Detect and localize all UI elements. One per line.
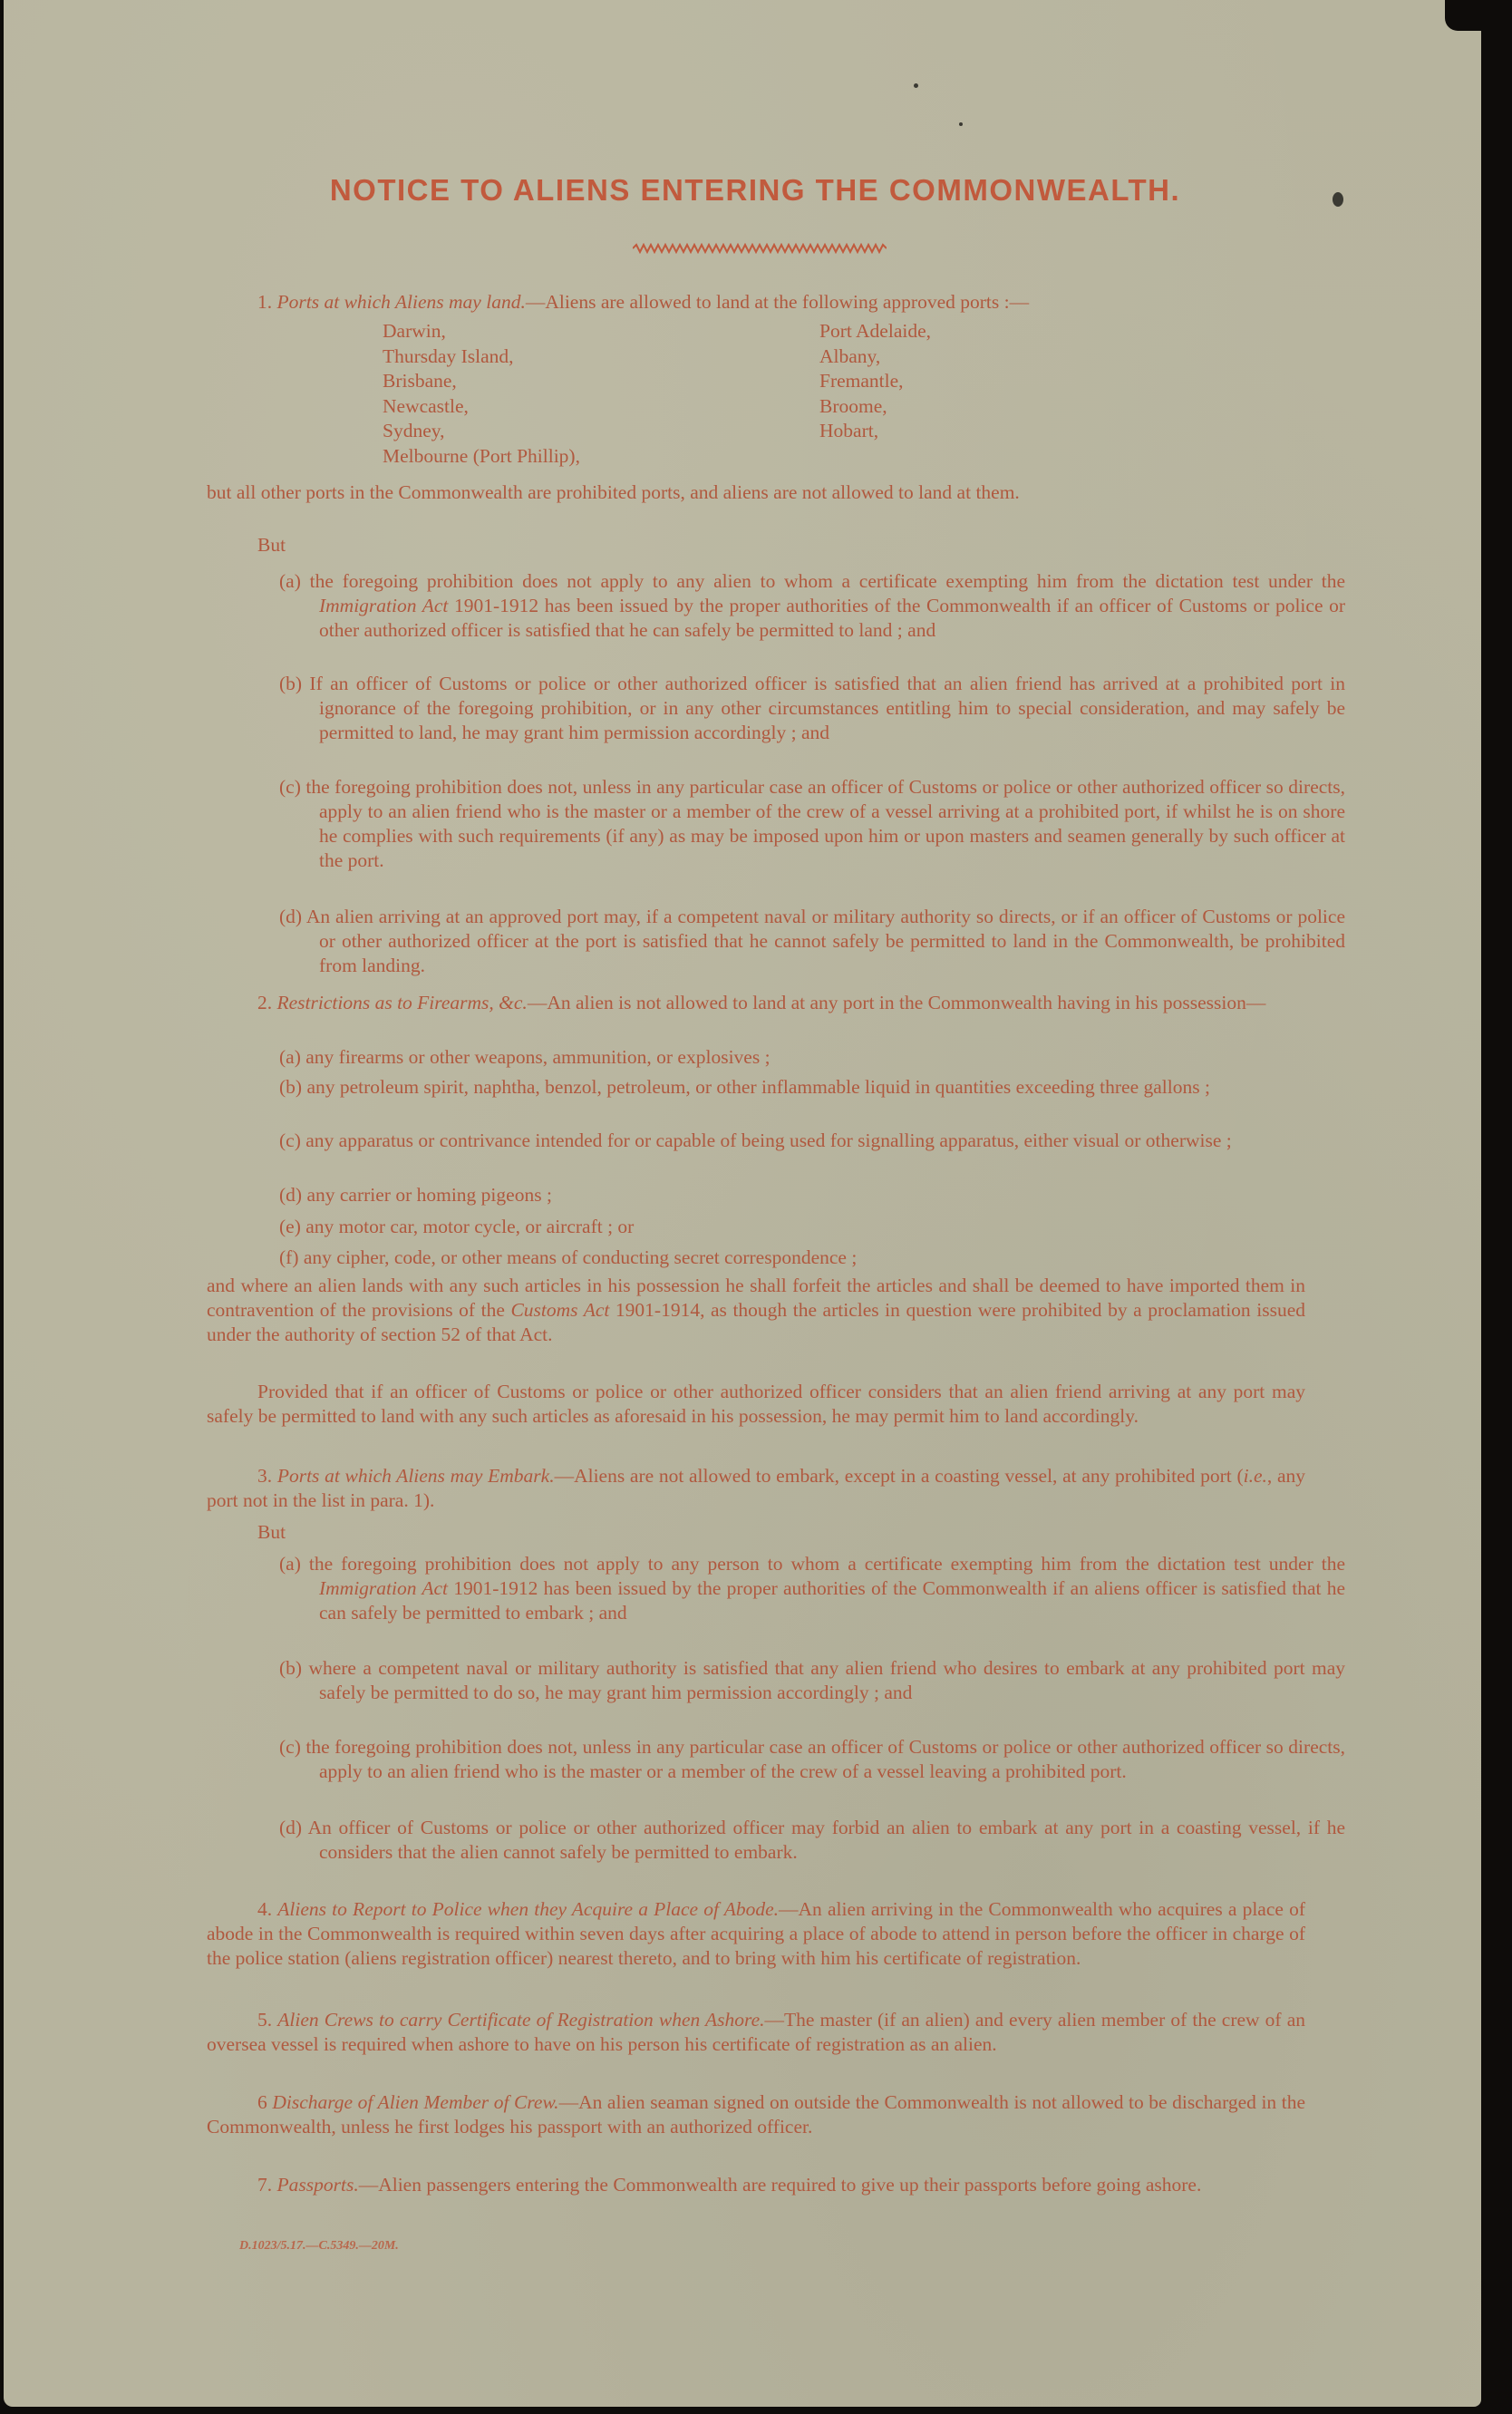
section-1-intro: 1. Ports at which Aliens may land.—Alien… <box>207 290 1305 315</box>
torn-corner <box>1445 0 1481 31</box>
port-item: Fremantle, <box>819 369 931 394</box>
section-heading: Aliens to Report to Police when they Acq… <box>277 1898 779 1920</box>
speck <box>914 83 918 88</box>
section-2-item-d: (d) any carrier or homing pigeons ; <box>279 1183 1345 1207</box>
port-item: Melbourne (Port Phillip), <box>383 444 580 470</box>
section-6: 6 Discharge of Alien Member of Crew.—An … <box>207 2090 1305 2139</box>
print-reference: D.1023/5.17.—C.5349.—20M. <box>239 2234 399 2258</box>
speck <box>959 122 963 126</box>
section-2-proviso: Provided that if an officer of Customs o… <box>207 1380 1305 1429</box>
document-page: NOTICE TO ALIENS ENTERING THE COMMONWEAL… <box>4 0 1481 2407</box>
section-1-item-d: (d) An alien arriving at an approved por… <box>279 905 1345 978</box>
section-2-item-b: (b) any petroleum spirit, naphtha, benzo… <box>279 1075 1345 1100</box>
section-3-intro: 3. Ports at which Aliens may Embark.—Ali… <box>207 1464 1305 1513</box>
section-3-item-d: (d) An officer of Customs or police or o… <box>279 1816 1345 1865</box>
port-item: Port Adelaide, <box>819 319 931 344</box>
section-heading: Ports at which Aliens may land. <box>277 291 526 313</box>
section-2-item-f: (f) any cipher, code, or other means of … <box>279 1246 1345 1270</box>
section-1-item-c: (c) the foregoing prohibition does not, … <box>279 775 1345 873</box>
section-heading: Alien Crews to carry Certificate of Regi… <box>277 2009 764 2031</box>
port-item: Newcastle, <box>383 394 580 420</box>
section-4: 4. Aliens to Report to Police when they … <box>207 1897 1305 1971</box>
section-7: 7. Passports.—Alien passengers entering … <box>207 2173 1305 2197</box>
section-heading: Ports at which Aliens may Embark. <box>277 1465 555 1487</box>
ports-column-left: Darwin, Thursday Island, Brisbane, Newca… <box>383 319 580 469</box>
section-2-item-e: (e) any motor car, motor cycle, or aircr… <box>279 1215 1345 1239</box>
section-2-item-a: (a) any firearms or other weapons, ammun… <box>279 1045 1345 1070</box>
section-3-item-c: (c) the foregoing prohibition does not, … <box>279 1735 1345 1784</box>
port-item: Albany, <box>819 344 931 370</box>
port-item: Broome, <box>819 394 931 420</box>
but-label: But <box>257 1520 286 1545</box>
ports-column-right: Port Adelaide, Albany, Fremantle, Broome… <box>819 319 931 444</box>
section-1-item-a: (a) the foregoing prohibition does not a… <box>279 569 1345 643</box>
section-heading: Restrictions as to Firearms, &c. <box>277 992 528 1013</box>
section-heading: Passports. <box>277 2174 359 2196</box>
section-3-item-a: (a) the foregoing prohibition does not a… <box>279 1552 1345 1625</box>
section-5: 5. Alien Crews to carry Certificate of R… <box>207 2008 1305 2057</box>
port-item: Thursday Island, <box>383 344 580 370</box>
section-1-after: but all other ports in the Commonwealth … <box>207 480 1305 505</box>
section-heading: Discharge of Alien Member of Crew. <box>272 2091 558 2113</box>
ink-blot <box>1333 192 1343 207</box>
wavy-rule-ornament <box>633 243 887 254</box>
port-item: Darwin, <box>383 319 580 344</box>
section-2-forfeit-clause: and where an alien lands with any such a… <box>207 1274 1305 1347</box>
port-item: Sydney, <box>383 419 580 444</box>
section-3-item-b: (b) where a competent naval or military … <box>279 1656 1345 1705</box>
but-label: But <box>257 533 286 557</box>
port-item: Hobart, <box>819 419 931 444</box>
section-2-intro: 2. Restrictions as to Firearms, &c.—An a… <box>207 991 1305 1015</box>
page-title: NOTICE TO ALIENS ENTERING THE COMMONWEAL… <box>243 178 1267 202</box>
section-1-item-b: (b) If an officer of Customs or police o… <box>279 672 1345 745</box>
section-2-item-c: (c) any apparatus or contrivance intende… <box>279 1129 1345 1153</box>
port-item: Brisbane, <box>383 369 580 394</box>
